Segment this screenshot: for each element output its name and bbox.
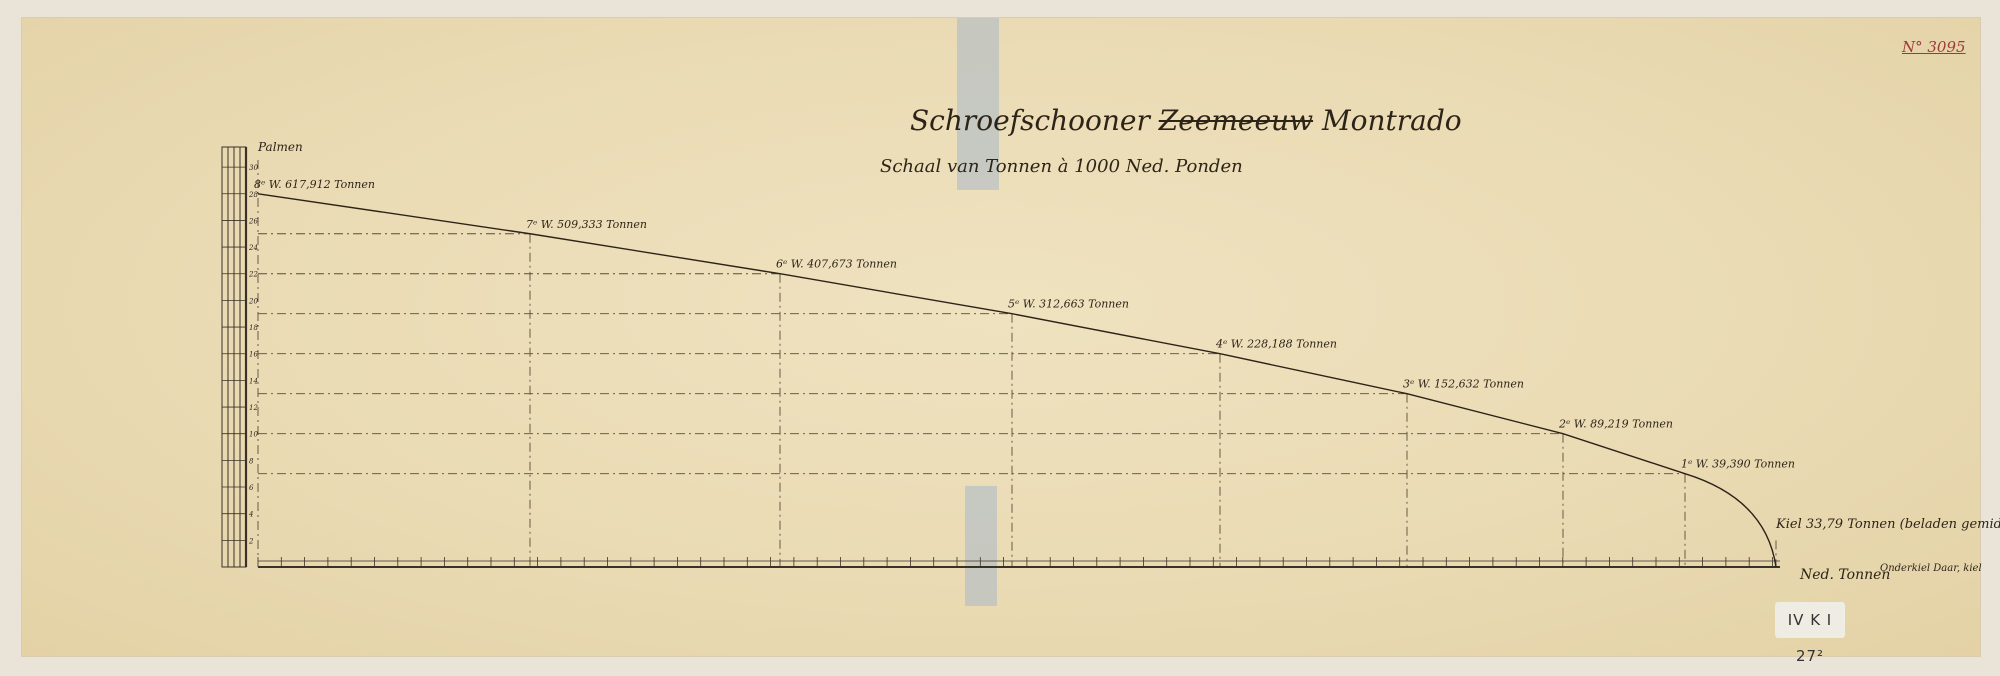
svg-text:4: 4 — [248, 511, 253, 519]
point-label: 4ᵉ W. 228,188 Tonnen — [1215, 338, 1337, 351]
svg-text:20: 20 — [248, 297, 258, 305]
y-unit-label: Palmen — [257, 140, 303, 154]
y-scale-ruler — [222, 147, 246, 567]
point-label: 3ᵉ W. 152,632 Tonnen — [1403, 378, 1524, 391]
svg-text:26: 26 — [248, 217, 258, 225]
svg-text:8: 8 — [249, 457, 254, 465]
point-label: 6ᵉ W. 407,673 Tonnen — [776, 258, 897, 271]
point-label: 2ᵉ W. 89,219 Tonnen — [1558, 418, 1673, 431]
point-label: 1ᵉ W. 39,390 Tonnen — [1681, 458, 1795, 471]
point-label: 5ᵉ W. 312,663 Tonnen — [1008, 298, 1129, 311]
point-label: 7ᵉ W. 509,333 Tonnen — [526, 218, 647, 231]
svg-text:22: 22 — [248, 271, 258, 279]
svg-text:14: 14 — [249, 377, 258, 385]
keel-label: Kiel 33,79 Tonnen (beladen gemiddeld) — [1775, 517, 2000, 532]
svg-text:2: 2 — [248, 537, 254, 545]
svg-text:24: 24 — [248, 244, 258, 252]
svg-text:30: 30 — [249, 164, 258, 172]
displacement-curve — [258, 194, 1776, 567]
archive-stamp: IV K I 27² — [1775, 602, 1845, 638]
svg-text:6: 6 — [249, 484, 254, 492]
svg-text:12: 12 — [249, 404, 258, 412]
svg-text:18: 18 — [249, 324, 258, 332]
svg-text:16: 16 — [249, 351, 258, 359]
svg-text:28: 28 — [248, 191, 258, 199]
point-label: 8ᵉ W. 617,912 Tonnen — [254, 178, 375, 191]
x-extra-label: Onderkiel Daar, kiel — [1880, 563, 1982, 574]
displacement-chart: 24681012141618202224262830 8ᵉ W. 617,912… — [0, 0, 2000, 676]
x-unit-label: Ned. Tonnen — [1799, 567, 1890, 583]
svg-text:10: 10 — [249, 431, 258, 439]
